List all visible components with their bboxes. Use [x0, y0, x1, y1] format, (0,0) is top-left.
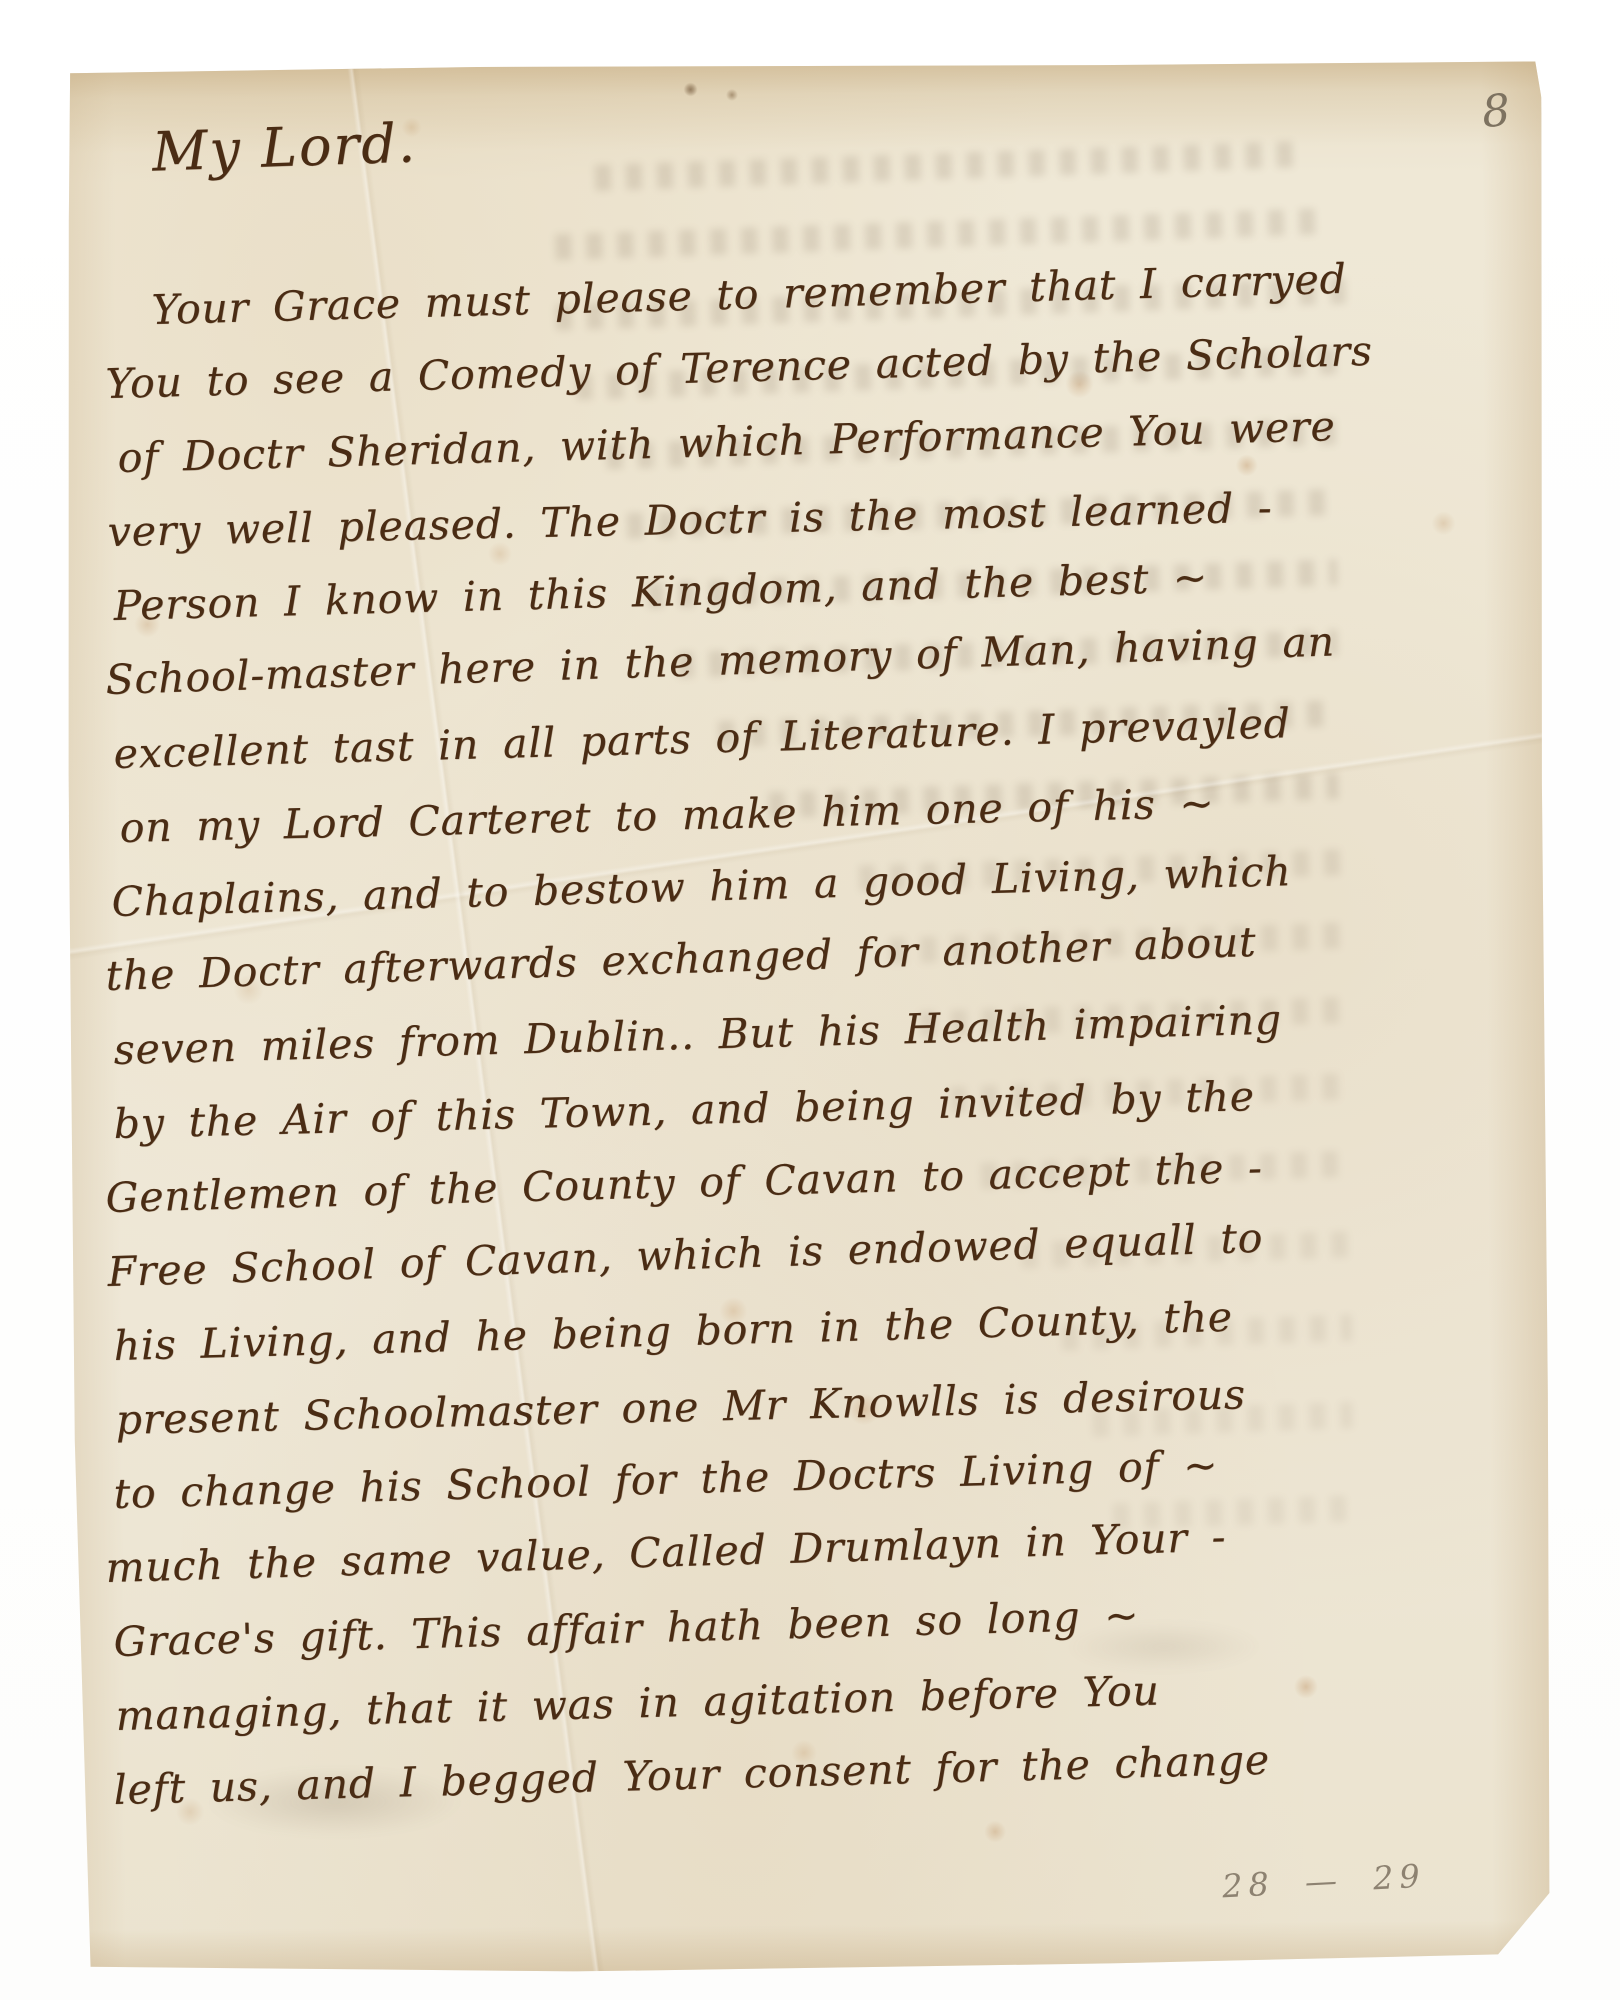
page-number-annotation: 8 — [1480, 85, 1512, 138]
scanned-letter-page: 8 My Lord. Your Grace must please to rem… — [0, 0, 1620, 2000]
letter-body: Your Grace must please to remember that … — [106, 286, 1526, 1840]
salutation: My Lord. — [151, 111, 418, 183]
ghost-line — [555, 208, 1325, 260]
ghost-line — [595, 141, 1295, 191]
